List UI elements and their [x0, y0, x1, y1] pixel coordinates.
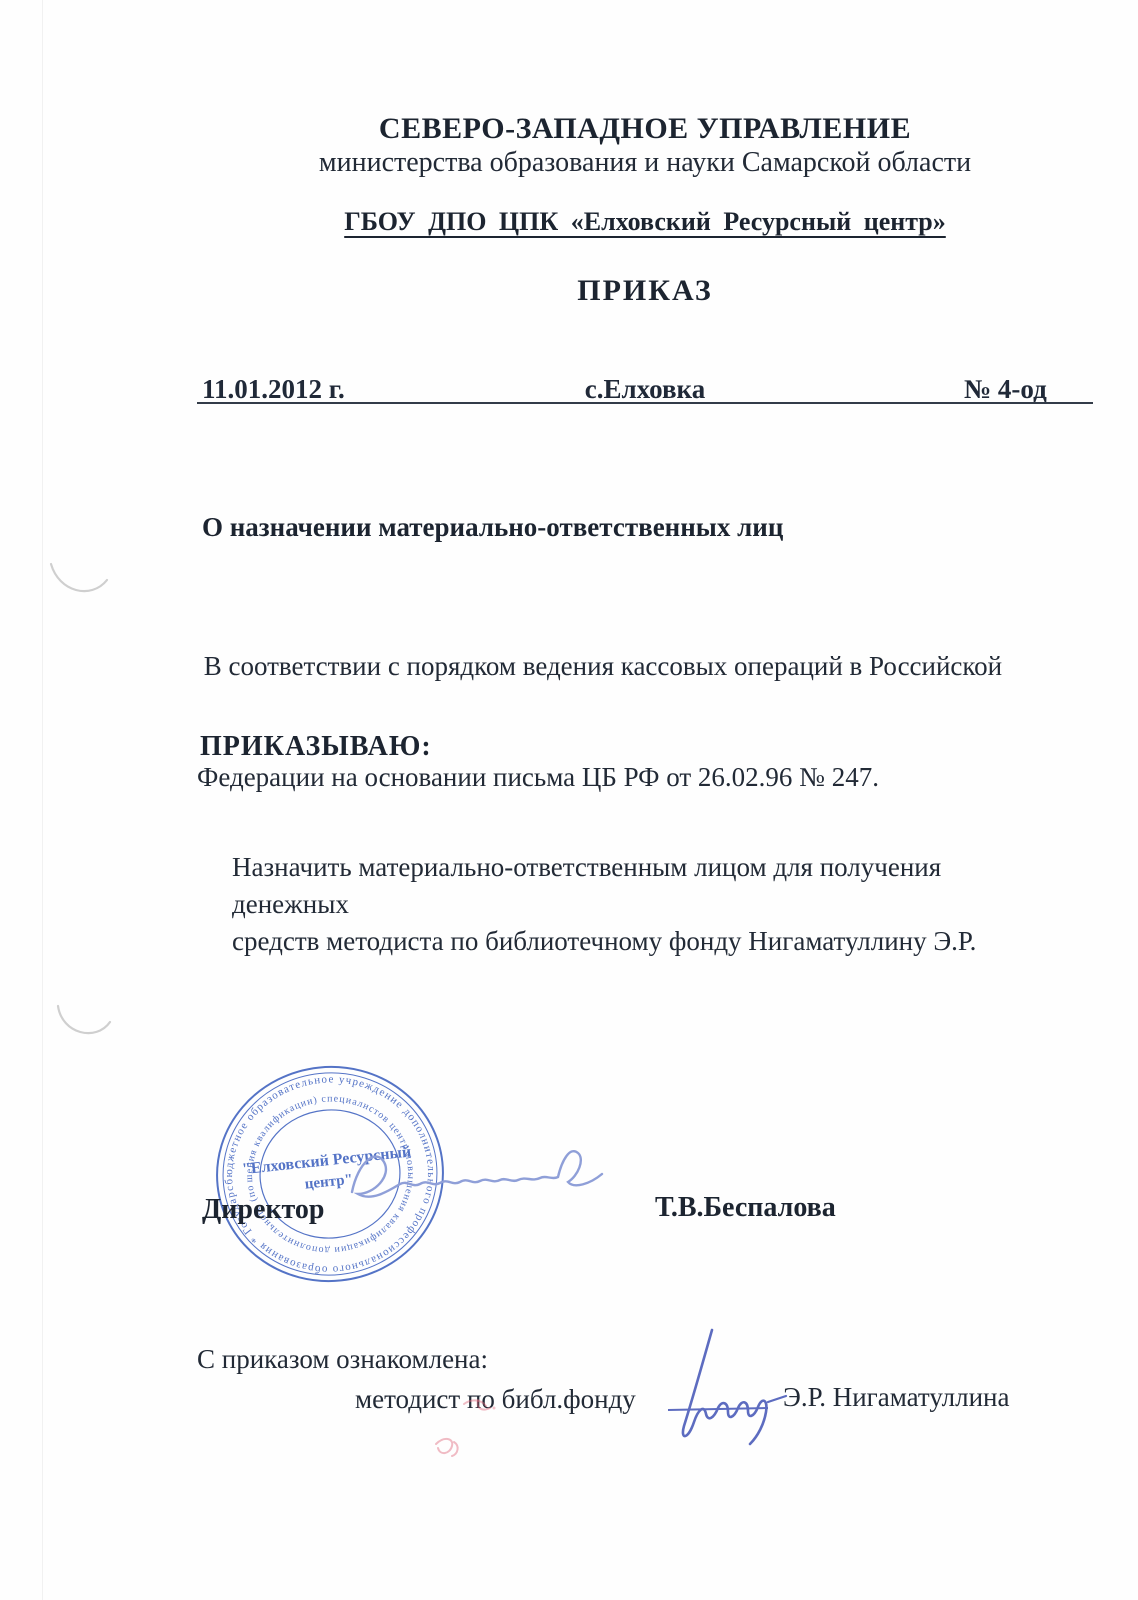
- scan-edge-artifact: [42, 0, 43, 1600]
- order-line: средств методиста по библиотечному фонду…: [232, 923, 1062, 960]
- red-ink-smudge: [418, 1388, 538, 1480]
- preamble-line: В соответствии с порядком ведения кассов…: [197, 648, 1002, 685]
- horizontal-rule: [197, 402, 1093, 404]
- order-line: Назначить материально-ответственным лицо…: [232, 849, 1062, 923]
- order-subject: О назначении материально-ответственных л…: [202, 512, 783, 543]
- order-preamble: В соответствии с порядком ведения кассов…: [197, 574, 1002, 870]
- acknowledged-name: Э.Р. Нигаматуллина: [783, 1382, 1010, 1413]
- order-verb-heading: ПРИКАЗЫВАЮ:: [200, 731, 432, 763]
- organization-name: ГБОУ ДПО ЦПК «Елховский Ресурсный центр»: [197, 207, 1093, 237]
- director-label: Директор: [202, 1194, 325, 1226]
- authority-name: СЕВЕРО-ЗАПАДНОЕ УПРАВЛЕНИЕ: [197, 112, 1093, 146]
- authority-subtitle: министерства образования и науки Самарск…: [197, 147, 1093, 179]
- scanned-order-document: СЕВЕРО-ЗАПАДНОЕ УПРАВЛЕНИЕ министерства …: [0, 0, 1138, 1600]
- acknowledged-signature: [648, 1320, 798, 1460]
- preamble-line: Федерации на основании письма ЦБ РФ от 2…: [197, 759, 1002, 796]
- order-number: № 4-од: [964, 374, 1047, 405]
- director-name: Т.В.Беспалова: [655, 1192, 836, 1224]
- director-signature: [338, 1126, 628, 1226]
- scan-fold-artifact: [45, 548, 115, 610]
- document-title: ПРИКАЗ: [197, 274, 1093, 308]
- order-body: Назначить материально-ответственным лицо…: [232, 849, 1062, 960]
- scan-fold-artifact: [48, 988, 118, 1052]
- acknowledgement-label: С приказом ознакомлена:: [197, 1344, 488, 1375]
- order-place: с.Елховка: [197, 374, 1093, 405]
